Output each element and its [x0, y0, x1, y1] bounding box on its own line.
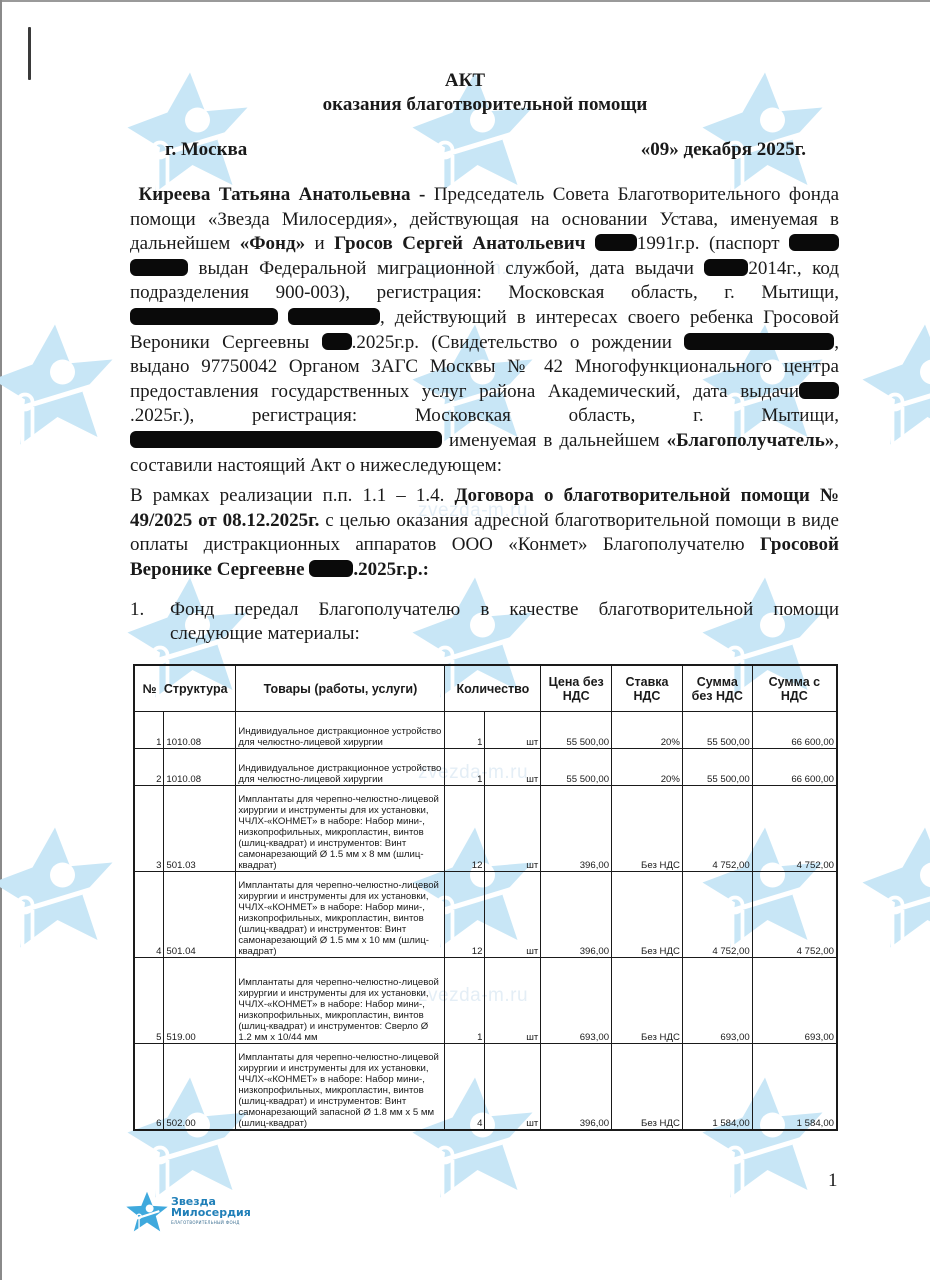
row-qty: 1 — [445, 749, 485, 786]
row-sum-vat: 66 600,00 — [752, 712, 837, 749]
col-header-vat-rate: Ставка НДС — [612, 665, 683, 712]
redaction-block — [130, 308, 278, 325]
table-row: 3501.03Имплантаты для черепно-челюстно-л… — [134, 786, 837, 872]
row-price: 396,00 — [541, 872, 612, 958]
row-goods: Индивидуальное дистракционное устройство… — [236, 712, 445, 749]
col-header-sum-no-vat: Сумма без НДС — [682, 665, 752, 712]
row-price: 693,00 — [541, 958, 612, 1044]
text-fragment: .2025г.), регистрация: Московская област… — [130, 405, 839, 426]
logo-line-2: Милосердия — [171, 1207, 251, 1218]
table-row: 6502.00Имплантаты для черепно-челюстно-л… — [134, 1044, 837, 1130]
redaction-block — [789, 234, 839, 251]
row-structure: 1010.08 — [164, 712, 236, 749]
row-qty: 1 — [445, 958, 485, 1044]
row-unit: шт — [485, 1044, 541, 1130]
row-qty: 4 — [445, 1044, 485, 1130]
row-vat-rate: 20% — [612, 749, 683, 786]
row-qty: 12 — [445, 786, 485, 872]
document-page: АКТ оказания благотворительной помощи г.… — [0, 0, 930, 1280]
clause-1: 1. Фонд передал Благополучателю в качест… — [130, 598, 839, 646]
text-fragment: именуемая в дальнейшем — [442, 430, 667, 451]
row-sum-no-vat: 4 752,00 — [682, 786, 752, 872]
row-sum-vat: 66 600,00 — [752, 749, 837, 786]
row-goods: Имплантаты для черепно-челюстно-лицевой … — [236, 786, 445, 872]
redaction-block — [704, 259, 748, 276]
col-header-price: Цена без НДС — [541, 665, 612, 712]
row-structure: 519.00 — [164, 958, 236, 1044]
text-fragment: .2025г.р.: — [353, 559, 429, 580]
fund-alias: «Фонд» — [240, 233, 305, 254]
row-structure: 501.03 — [164, 786, 236, 872]
row-vat-rate: Без НДС — [612, 1044, 683, 1130]
text-fragment: 1991г.р. (паспорт — [637, 233, 789, 254]
beneficiary-alias: «Благополучатель» — [667, 430, 835, 451]
row-vat-rate: 20% — [612, 712, 683, 749]
row-vat-rate: Без НДС — [612, 872, 683, 958]
clause-text: Фонд передал Благополучателю в качестве … — [170, 598, 839, 646]
col-header-no: № — [134, 665, 164, 712]
document-subtitle: оказания благотворительной помощи — [0, 94, 930, 116]
row-unit: шт — [485, 712, 541, 749]
row-goods: Имплантаты для черепно-челюстно-лицевой … — [236, 872, 445, 958]
footer-logo: Звезда Милосердия БЛАГОТВОРИТЕЛЬНЫЙ ФОНД — [125, 1190, 285, 1235]
row-no: 2 — [134, 749, 164, 786]
row-goods: Индивидуальное дистракционное устройство… — [236, 749, 445, 786]
row-unit: шт — [485, 786, 541, 872]
col-header-goods: Товары (работы, услуги) — [236, 665, 445, 712]
redaction-block — [130, 431, 442, 448]
table-row: 21010.08Индивидуальное дистракционное ус… — [134, 749, 837, 786]
table-row: 5519.00Имплантаты для черепно-челюстно-л… — [134, 958, 837, 1044]
row-vat-rate: Без НДС — [612, 958, 683, 1044]
row-sum-no-vat: 1 584,00 — [682, 1044, 752, 1130]
row-no: 5 — [134, 958, 164, 1044]
row-price: 396,00 — [541, 1044, 612, 1130]
intro-paragraph: Киреева Татьяна Анатольевна - Председате… — [130, 183, 839, 478]
row-price: 55 500,00 — [541, 712, 612, 749]
redaction-block — [799, 382, 839, 399]
row-no: 4 — [134, 872, 164, 958]
redaction-block — [130, 259, 188, 276]
row-vat-rate: Без НДС — [612, 786, 683, 872]
row-price: 396,00 — [541, 786, 612, 872]
row-qty: 1 — [445, 712, 485, 749]
chairperson-name: Киреева Татьяна Анатольевна - — [138, 184, 425, 205]
text-fragment: .2025г.р. (Свидетельство о рождении — [352, 332, 685, 353]
table-body: 11010.08Индивидуальное дистракционное ус… — [134, 712, 837, 1130]
row-goods: Имплантаты для черепно-челюстно-лицевой … — [236, 958, 445, 1044]
document-title: АКТ — [0, 70, 930, 92]
contract-paragraph: В рамках реализации п.п. 1.1 – 1.4. Дого… — [130, 484, 839, 582]
row-unit: шт — [485, 749, 541, 786]
redaction-block — [322, 333, 352, 350]
redaction-block — [595, 234, 637, 251]
row-qty: 12 — [445, 872, 485, 958]
document-date: «09» декабря 2025г. — [641, 139, 806, 161]
row-sum-no-vat: 4 752,00 — [682, 872, 752, 958]
logo-line-3: БЛАГОТВОРИТЕЛЬНЫЙ ФОНД — [171, 1220, 240, 1225]
redaction-block — [309, 560, 353, 577]
row-sum-vat: 693,00 — [752, 958, 837, 1044]
row-no: 3 — [134, 786, 164, 872]
redaction-block — [288, 308, 380, 325]
page-number: 1 — [828, 1170, 838, 1192]
row-price: 55 500,00 — [541, 749, 612, 786]
row-structure: 1010.08 — [164, 749, 236, 786]
row-sum-no-vat: 55 500,00 — [682, 712, 752, 749]
row-no: 1 — [134, 712, 164, 749]
row-structure: 502.00 — [164, 1044, 236, 1130]
col-header-structure: Структура — [164, 665, 236, 712]
row-structure: 501.04 — [164, 872, 236, 958]
clause-number: 1. — [130, 598, 144, 622]
text-fragment: В рамках реализации п.п. 1.1 – 1.4. — [130, 485, 454, 506]
document-city: г. Москва — [165, 139, 247, 161]
row-unit: шт — [485, 872, 541, 958]
materials-table: № Структура Товары (работы, услуги) Коли… — [133, 664, 838, 1131]
row-unit: шт — [485, 958, 541, 1044]
row-sum-no-vat: 55 500,00 — [682, 749, 752, 786]
row-sum-vat: 4 752,00 — [752, 786, 837, 872]
row-sum-vat: 1 584,00 — [752, 1044, 837, 1130]
row-goods: Имплантаты для черепно-челюстно-лицевой … — [236, 1044, 445, 1130]
text-fragment — [585, 233, 594, 254]
row-no: 6 — [134, 1044, 164, 1130]
table-header-row: № Структура Товары (работы, услуги) Коли… — [134, 665, 837, 712]
table-row: 11010.08Индивидуальное дистракционное ус… — [134, 712, 837, 749]
table-row: 4501.04Имплантаты для черепно-челюстно-л… — [134, 872, 837, 958]
col-header-quantity: Количество — [445, 665, 541, 712]
col-header-sum-vat: Сумма с НДС — [752, 665, 837, 712]
star-logo-icon — [125, 1190, 169, 1234]
redaction-block — [684, 333, 834, 350]
text-fragment: и — [305, 233, 334, 254]
guardian-name: Гросов Сергей Анатольевич — [334, 233, 585, 254]
row-sum-no-vat: 693,00 — [682, 958, 752, 1044]
row-sum-vat: 4 752,00 — [752, 872, 837, 958]
text-fragment: выдан Федеральной миграционной службой, … — [188, 258, 704, 279]
